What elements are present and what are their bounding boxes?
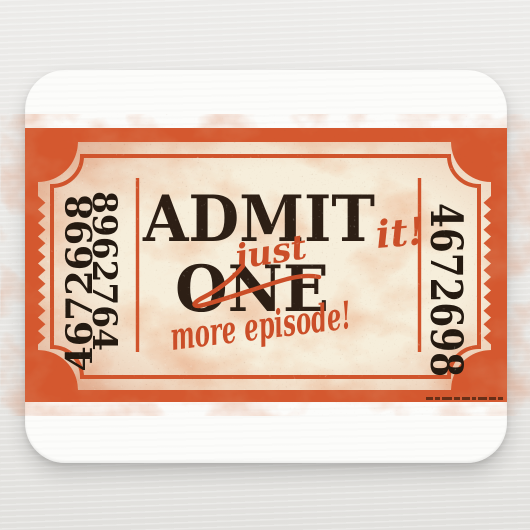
ticket-print: 4672698 8962764 4672698 ADMIT it! just O…: [0, 0, 530, 530]
band-speckle-overlay: [25, 128, 507, 402]
product-photo-background: 4672698 8962764 4672698 ADMIT it! just O…: [0, 0, 530, 530]
